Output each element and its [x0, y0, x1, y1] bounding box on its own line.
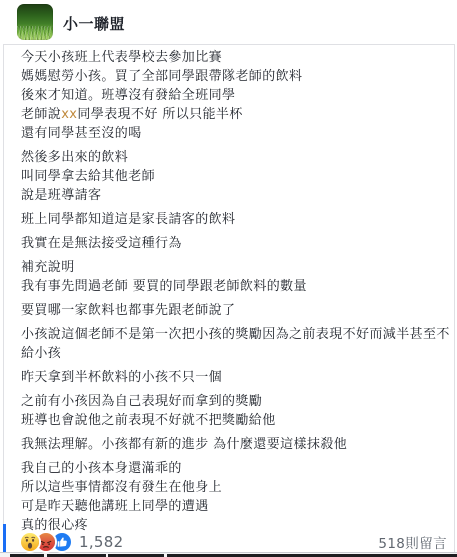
- angry-reaction-icon[interactable]: [37, 533, 55, 551]
- comment-count-link[interactable]: 518則留言: [378, 532, 447, 552]
- wow-reaction-icon[interactable]: [21, 533, 39, 551]
- masked-name-text: xx: [61, 107, 77, 122]
- like-reaction-icon[interactable]: [53, 533, 71, 551]
- grass-photo-texture: [17, 26, 53, 40]
- post-paragraph: 要買哪一家飲料也都事先跟老師說了: [21, 301, 451, 320]
- post-paragraph: 然後多出來的飲料 叫同學拿去給其他老師 說是班導請客: [21, 148, 451, 205]
- bottom-edge-strip: [0, 552, 457, 557]
- paragraph-text: 之前有小孩因為自己表現好而拿到的獎勵 班導也會說他之前表現不好就不把獎勵給他: [21, 394, 276, 428]
- page-name-link[interactable]: 小一聯盟: [63, 13, 125, 34]
- post-body-panel: 今天小孩班上代表學校去參加比賽 媽媽慰勞小孩。買了全部同學跟帶隊老師的飲料 後來…: [3, 44, 455, 554]
- paragraph-text: 小孩說這個老師不是第一次把小孩的獎勵因為之前表現不好而減半甚至不給小孩: [21, 327, 450, 361]
- post-paragraph: 之前有小孩因為自己表現好而拿到的獎勵 班導也會說他之前表現不好就不把獎勵給他: [21, 392, 451, 430]
- paragraph-text: 我自己的小孩本身還滿乖的 所以這些事情都沒有發生在他身上 可是昨天聽他講班上同學…: [21, 461, 222, 533]
- paragraph-text: 要買哪一家飲料也都事先跟老師說了: [21, 303, 235, 318]
- post-paragraph: 補充說明 我有事先問過老師 要買的同學跟老師飲料的數量: [21, 258, 451, 296]
- paragraph-text: 昨天拿到半杯飲料的小孩不只一個: [21, 370, 222, 385]
- post-paragraph: 班上同學都知道這是家長請客的飲料: [21, 210, 451, 229]
- page-avatar[interactable]: [17, 4, 53, 40]
- reactions-summary[interactable]: 1,582: [21, 533, 123, 551]
- paragraph-text: 補充說明 我有事先問過老師 要買的同學跟老師飲料的數量: [21, 260, 307, 294]
- paragraph-text: 我實在是無法接受這種行為: [21, 236, 182, 251]
- post-paragraph: 昨天拿到半杯飲料的小孩不只一個: [21, 368, 451, 387]
- post-paragraph: 我實在是無法接受這種行為: [21, 234, 451, 253]
- paragraph-text: 我無法理解。小孩都有新的進步 為什麼還要這樣抹殺他: [21, 437, 347, 452]
- post-text: 今天小孩班上代表學校去參加比賽 媽媽慰勞小孩。買了全部同學跟帶隊老師的飲料 後來…: [4, 45, 454, 540]
- left-edge-scroll-indicator: [3, 524, 6, 553]
- paragraph-text: 班上同學都知道這是家長請客的飲料: [21, 212, 235, 227]
- post-paragraph: 小孩說這個老師不是第一次把小孩的獎勵因為之前表現不好而減半甚至不給小孩: [21, 325, 451, 363]
- post-paragraph: 我無法理解。小孩都有新的進步 為什麼還要這樣抹殺他: [21, 435, 451, 454]
- paragraph-text: 然後多出來的飲料 叫同學拿去給其他老師 說是班導請客: [21, 150, 155, 203]
- post-header: 小一聯盟: [0, 0, 457, 44]
- post-paragraph: 今天小孩班上代表學校去參加比賽 媽媽慰勞小孩。買了全部同學跟帶隊老師的飲料 後來…: [21, 48, 451, 143]
- facebook-post: 小一聯盟 今天小孩班上代表學校去參加比賽 媽媽慰勞小孩。買了全部同學跟帶隊老師的…: [0, 0, 457, 557]
- reaction-count[interactable]: 1,582: [79, 533, 123, 551]
- post-paragraph: 我自己的小孩本身還滿乖的 所以這些事情都沒有發生在他身上 可是昨天聽他講班上同學…: [21, 459, 451, 535]
- engagement-bar: 1,582 518則留言: [21, 531, 447, 553]
